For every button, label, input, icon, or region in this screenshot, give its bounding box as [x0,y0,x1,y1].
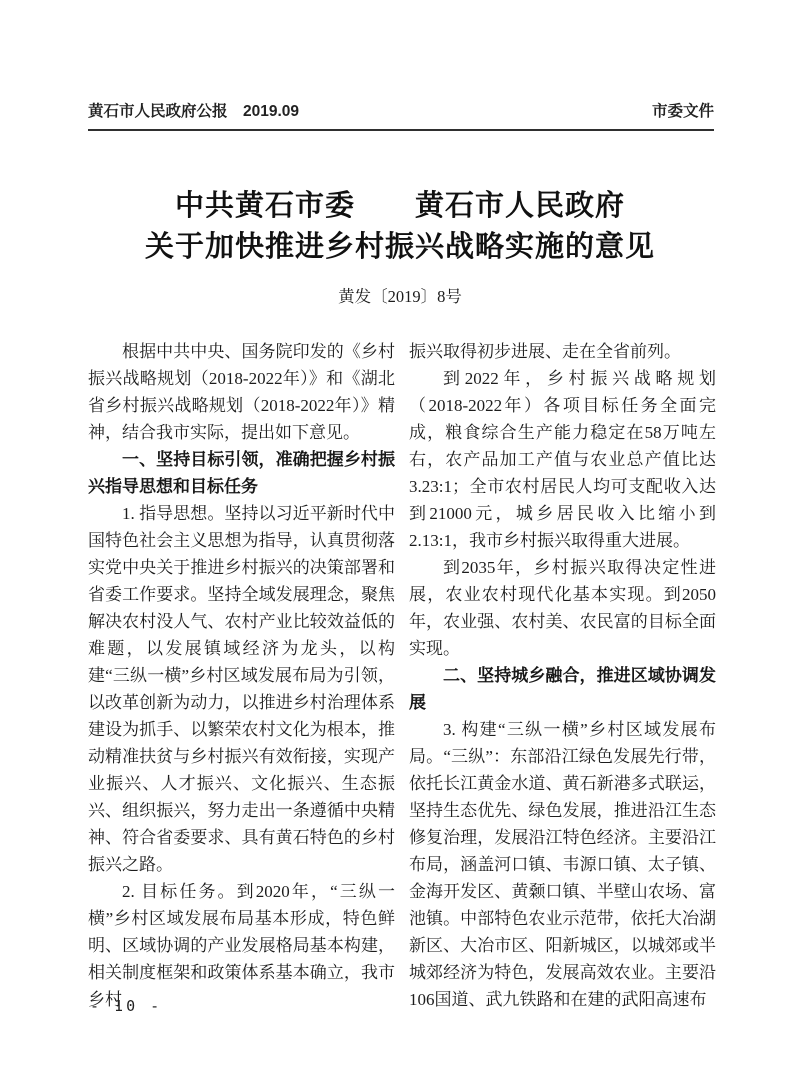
body-paragraph: 到2035年，乡村振兴取得决定性进展，农业农村现代化基本实现。到2050年，农业… [409,554,716,662]
page-header: 黄石市人民政府公报 2019.09 市委文件 [88,99,714,131]
body-paragraph: 2. 目标任务。到2020年，“三纵一横”乡村区域发展布局基本形成，特色鲜明、区… [88,878,395,1013]
body-paragraph: 振兴取得初步进展、走在全省前列。 [409,338,716,365]
title-line-1: 中共黄石市委 黄石市人民政府 [0,186,800,227]
right-column: 振兴取得初步进展、走在全省前列。到2022年，乡村振兴战略规划（2018-202… [409,338,716,1013]
document-page: 黄石市人民政府公报 2019.09 市委文件 中共黄石市委 黄石市人民政府 关于… [0,0,800,1085]
body-paragraph: 3. 构建“三纵一横”乡村区域发展布局。“三纵”：东部沿江绿色发展先行带，依托长… [409,716,716,1013]
document-body: 根据中共中央、国务院印发的《乡村振兴战略规划（2018-2022年）》和《湖北省… [88,338,716,1013]
section-heading: 二、坚持城乡融合，推进区域协调发展 [409,662,716,716]
body-paragraph: 到2022年，乡村振兴战略规划（2018-2022年）各项目标任务全面完成，粮食… [409,365,716,554]
header-publication-title: 黄石市人民政府公报 2019.09 [88,99,299,121]
body-paragraph: 根据中共中央、国务院印发的《乡村振兴战略规划（2018-2022年）》和《湖北省… [88,338,395,446]
document-number: 黄发〔2019〕8号 [0,283,800,307]
body-paragraph: 1. 指导思想。坚持以习近平新时代中国特色社会主义思想为指导，认真贯彻落实党中央… [88,500,395,878]
page-number: - 10 - [90,997,162,1015]
header-doc-category: 市委文件 [652,99,714,121]
left-column: 根据中共中央、国务院印发的《乡村振兴战略规划（2018-2022年）》和《湖北省… [88,338,395,1013]
title-line-2: 关于加快推进乡村振兴战略实施的意见 [0,227,800,268]
document-title: 中共黄石市委 黄石市人民政府 关于加快推进乡村振兴战略实施的意见 [0,186,800,268]
section-heading: 一、坚持目标引领，准确把握乡村振兴指导思想和目标任务 [88,446,395,500]
